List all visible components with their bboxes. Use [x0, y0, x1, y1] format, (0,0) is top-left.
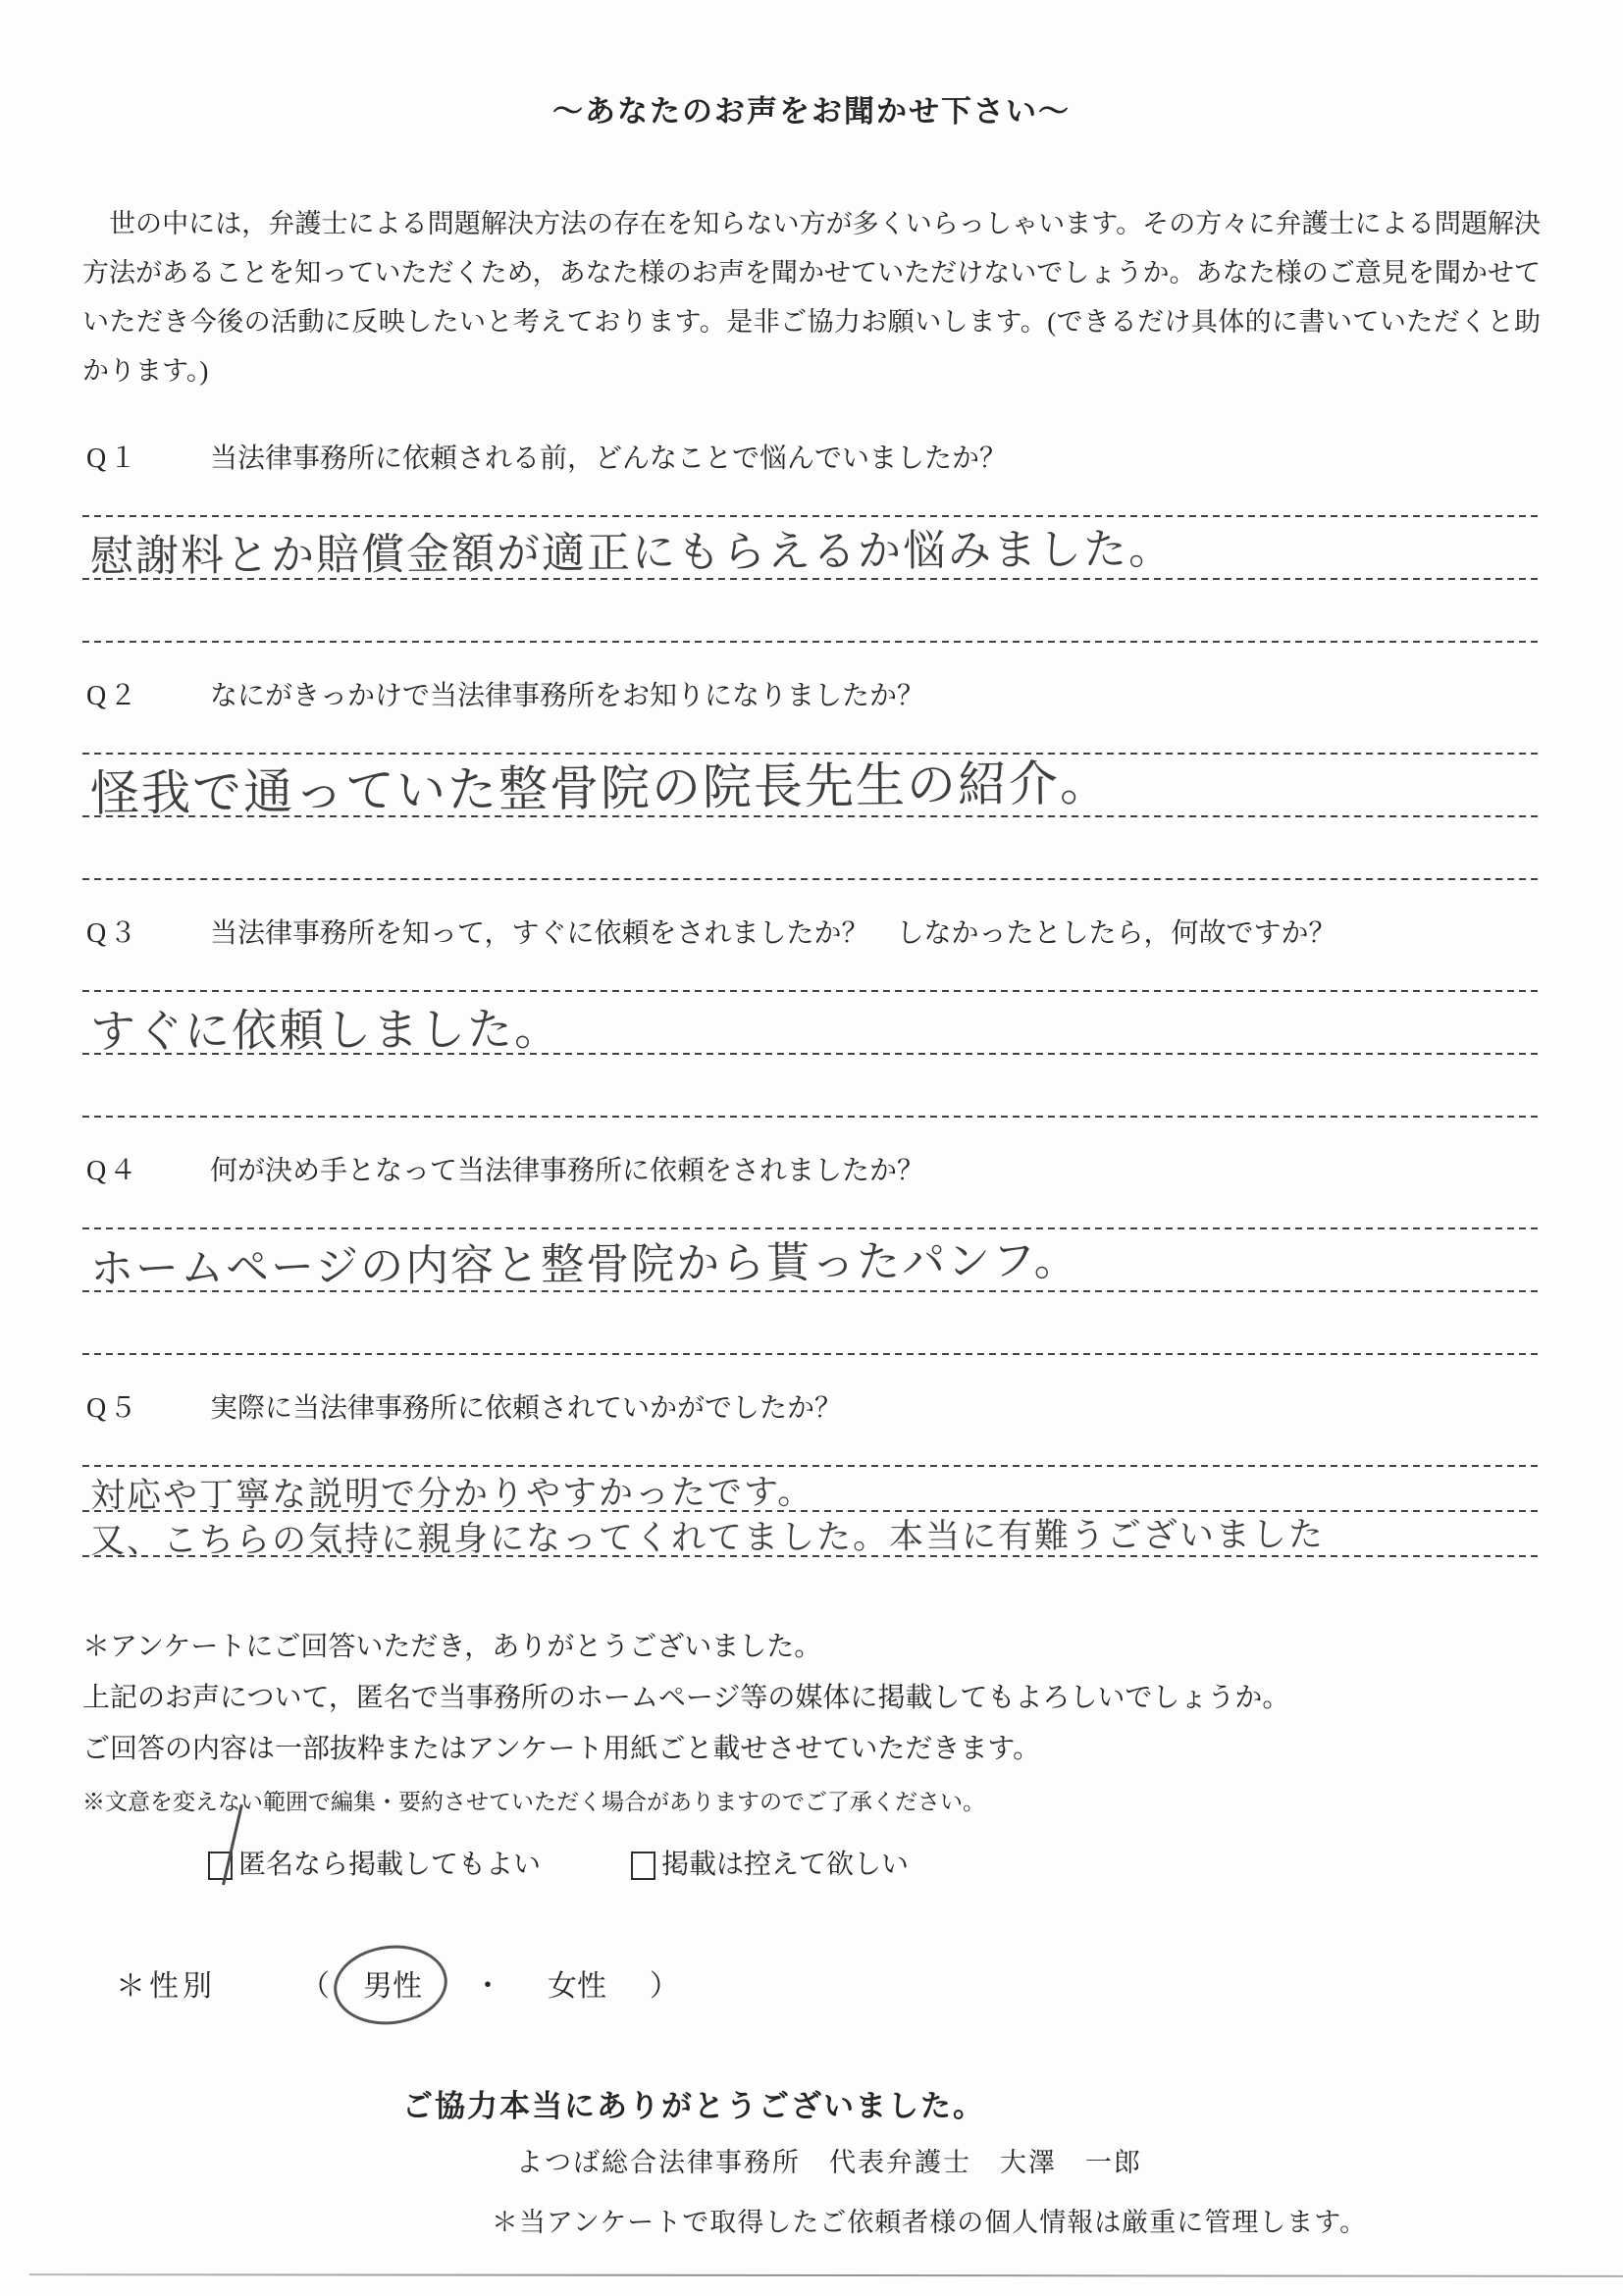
- footer-signature: よつば総合法律事務所 代表弁護士 大澤 一郎: [100, 2141, 1558, 2179]
- handwritten-answer: 怪我で通っていた整骨院の院長先生の紹介。: [90, 744, 1112, 825]
- option-label: 掲載は控えて欲しい: [661, 1840, 909, 1891]
- question-block-q2: Q２ なにがきっかけで当法律事務所をお知りになりましたか？ 怪我で通っていた整骨…: [82, 680, 1541, 880]
- question-text: 実際に当法律事務所に依頼されていかがでしたか？: [210, 1392, 842, 1426]
- handwritten-answer: 又、こちらの気持に親身になってくれてました。本当に有難うございました: [90, 1507, 1325, 1563]
- handwritten-answer: すぐに依頼しました。: [90, 993, 561, 1061]
- gender-option-male: 男性: [357, 1961, 428, 2005]
- question-number: Q５: [86, 1392, 155, 1426]
- answer-line: [82, 878, 1541, 880]
- survey-thanks-note: ＊アンケートにご回答いただき，ありがとうございました。: [82, 1622, 1541, 1673]
- publish-detail-text: ご回答の内容は一部抜粋またはアンケート用紙ごと載せさせていただきます。: [82, 1724, 1541, 1775]
- publish-options-row: 匿名なら掲載してもよい 掲載は控えて欲しい: [82, 1840, 1541, 1891]
- question-number: Q１: [86, 443, 155, 476]
- option-no-publish: 掲載は控えて欲しい: [631, 1840, 909, 1891]
- question-block-q4: Q４ 何が決め手となって当法律事務所に依頼をされましたか？ ホームページの内容と…: [82, 1155, 1541, 1355]
- answer-line: [82, 641, 1541, 643]
- question-number: Q２: [86, 680, 155, 713]
- closing-section: ＊アンケートにご回答いただき，ありがとうございました。 上記のお声について，匿名…: [82, 1622, 1541, 1891]
- answer-area: すぐに依頼しました。: [82, 990, 1541, 1118]
- page-title: ～あなたのお声をお聞かせ下さい～: [82, 0, 1541, 130]
- handwritten-answer: 慰謝料とか賠償金額が適正にもらえるか悩みました。: [90, 513, 1174, 584]
- edit-note: ※文意を変えない範囲で編集・要約させていただく場合がありますのでご了承ください。: [82, 1783, 1541, 1822]
- question-block-q3: Q３ 当法律事務所を知って，すぐに依頼をされましたか？ しなかったとしたら，何故…: [82, 917, 1541, 1118]
- answer-area: 慰謝料とか賠償金額が適正にもらえるか悩みました。: [82, 515, 1541, 643]
- intro-paragraph: 世の中には，弁護士による問題解決方法の存在を知らない方が多くいらっしゃいます。そ…: [82, 199, 1541, 395]
- gender-option-female: 女性: [548, 1961, 606, 2005]
- gender-open-paren: （: [300, 1961, 330, 2005]
- footer-thanks: ご協力本当にありがとうございました。: [0, 2081, 1423, 2125]
- footer: ご協力本当にありがとうございました。 よつば総合法律事務所 代表弁護士 大澤 一…: [82, 2081, 1541, 2239]
- gender-separator: ・: [473, 1961, 502, 2005]
- publish-request-text: 上記のお声について，匿名で当事務所のホームページ等の媒体に掲載してもよろしいでし…: [82, 1673, 1541, 1724]
- gender-row: ＊性別 （ 男性 ・ 女性 ）: [82, 1961, 1541, 2005]
- answer-line: [82, 1353, 1541, 1355]
- gender-close-paren: ）: [650, 1961, 679, 2005]
- option-label: 匿名なら掲載してもよい: [238, 1840, 541, 1891]
- scanned-survey-page: ～あなたのお声をお聞かせ下さい～ 世の中には，弁護士による問題解決方法の存在を知…: [0, 0, 1623, 2296]
- handwritten-answer: ホームページの内容と整骨院から貰ったパンフ。: [90, 1225, 1079, 1296]
- gender-label: ＊性別: [116, 1961, 216, 2005]
- question-text: 何が決め手となって当法律事務所に依頼をされましたか？: [210, 1155, 924, 1188]
- checkbox-no-publish: [631, 1852, 655, 1880]
- question-text: なにがきっかけで当法律事務所をお知りになりましたか？: [210, 680, 924, 713]
- answer-line: [82, 1116, 1541, 1118]
- scan-artifact-line: [29, 2273, 1623, 2277]
- checkbox-anonymous-ok: [208, 1852, 233, 1880]
- answer-area: 怪我で通っていた整骨院の院長先生の紹介。: [82, 753, 1541, 880]
- question-block-q1: Q１ 当法律事務所に依頼される前，どんなことで悩んでいましたか？ 慰謝料とか賠償…: [82, 443, 1541, 643]
- option-anonymous-ok: 匿名なら掲載してもよい: [208, 1840, 541, 1891]
- footer-privacy-note: ＊当アンケートで取得したご依頼者様の個人情報は厳重に管理します。: [200, 2201, 1623, 2239]
- question-text: 当法律事務所に依頼される前，どんなことで悩んでいましたか？: [210, 443, 1007, 476]
- question-number: Q４: [86, 1155, 155, 1188]
- question-block-q5: Q５ 実際に当法律事務所に依頼されていかがでしたか？ 対応や丁寧な説明で分かりや…: [82, 1392, 1541, 1557]
- answer-area: ホームページの内容と整骨院から貰ったパンフ。: [82, 1227, 1541, 1355]
- answer-area: 対応や丁寧な説明で分かりやすかったです。 又、こちらの気持に親身になってくれてま…: [82, 1465, 1541, 1557]
- question-number: Q３: [86, 917, 155, 951]
- question-text: 当法律事務所を知って，すぐに依頼をされましたか？ しなかったとしたら，何故ですか…: [210, 917, 1335, 951]
